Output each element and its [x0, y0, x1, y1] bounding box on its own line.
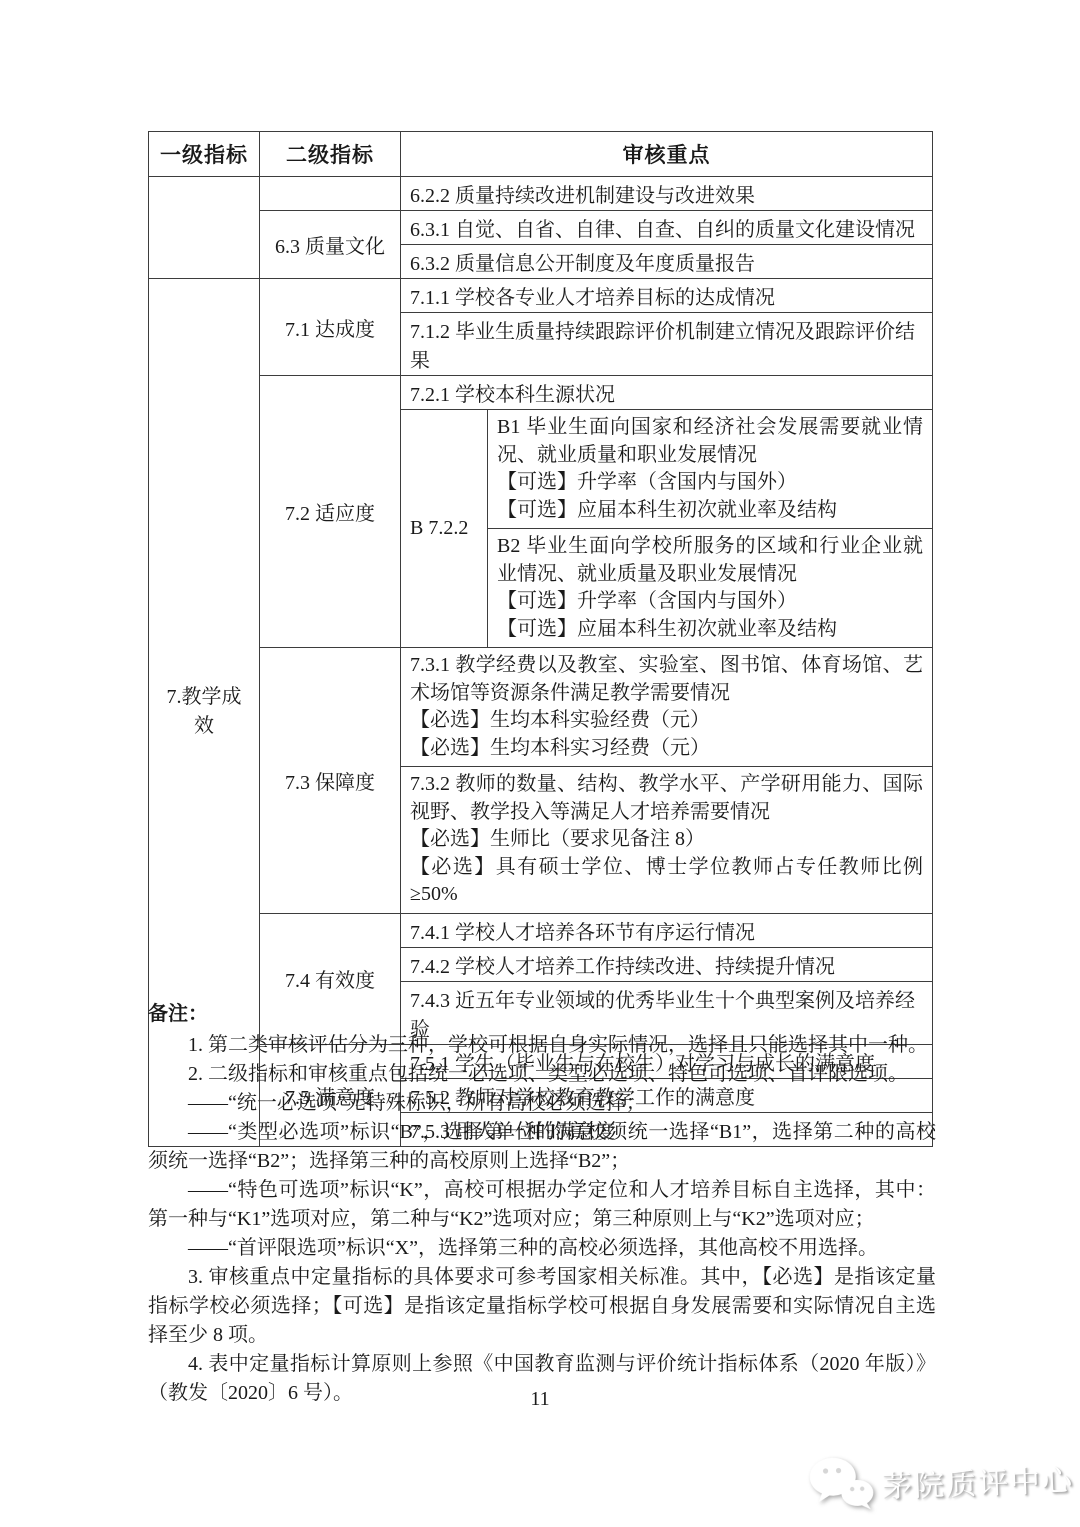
header-level2-indicator: 二级指标	[260, 132, 401, 177]
header-level1-indicator: 一级指标	[149, 132, 260, 177]
remark-item-1: 1. 第二类审核评估分为三种，学校可根据自身实际情况，选择且只能选择其中一种。	[148, 1031, 936, 1060]
cell-7-3-1: 7.3.1 教学经费以及教室、实验室、图书馆、体育场馆、艺术场馆等资源条件满足教…	[401, 648, 933, 767]
header-review-focus: 审核重点	[401, 132, 933, 177]
table-row: 7.教学成效 7.1 达成度 7.1.1 学校各专业人才培养目标的达成情况	[149, 279, 933, 313]
cell-7-2-1: 7.2.1 学校本科生源状况	[401, 376, 933, 410]
watermark-text: 茅院质评中心	[881, 1455, 1074, 1506]
cell-7-1: 7.1 达成度	[260, 279, 401, 376]
page-number: 11	[0, 1388, 1080, 1411]
indicator-table-container: 一级指标 二级指标 审核重点 6.2.2 质量持续改进机制建设与改进效果 6.3…	[148, 131, 933, 1147]
wechat-chat-bubbles-icon	[807, 1452, 877, 1517]
cell-7-3-2: 7.3.2 教师的数量、结构、教学水平、产学研用能力、国际视野、教学投入等满足人…	[401, 767, 933, 914]
level1-label: 7.教学成效	[158, 683, 250, 741]
cell-7-2: 7.2 适应度	[260, 376, 401, 648]
remark-item-2b: ——“类型必选项”标识“B”，选择第一种的高校须统一选择“B1”，选择第二种的高…	[148, 1118, 936, 1176]
watermark: 茅院质评中心	[807, 1445, 1075, 1517]
table-row: 7.2 适应度 7.2.1 学校本科生源状况	[149, 376, 933, 410]
cell-b1: B1 毕业生面向国家和经济社会发展需要就业情况、就业质量和职业发展情况 【可选】…	[488, 410, 933, 529]
table-row: 7.4 有效度 7.4.1 学校人才培养各环节有序运行情况	[149, 913, 933, 947]
cell-7-3: 7.3 保障度	[260, 648, 401, 914]
table-row: 6.3 质量文化 6.3.1 自觉、自省、自律、自查、自纠的质量文化建设情况	[149, 211, 933, 245]
table-header-row: 一级指标 二级指标 审核重点	[149, 132, 933, 177]
table-row: 6.2.2 质量持续改进机制建设与改进效果	[149, 177, 933, 211]
remark-item-2: 2. 二级指标和审核重点包括统一必选项、类型必选项、特色可选项、首评限选项。	[148, 1060, 936, 1089]
cell-6-3-2: 6.3.2 质量信息公开制度及年度质量报告	[401, 245, 933, 279]
cell-b2: B2 毕业生面向学校所服务的区域和行业企业就业情况、就业质量及职业发展情况 【可…	[488, 529, 933, 648]
indicator-table: 一级指标 二级指标 审核重点 6.2.2 质量持续改进机制建设与改进效果 6.3…	[148, 131, 933, 1147]
remarks-section: 备注： 1. 第二类审核评估分为三种，学校可根据自身实际情况，选择且只能选择其中…	[148, 1000, 936, 1408]
cell-6-2-2: 6.2.2 质量持续改进机制建设与改进效果	[401, 177, 933, 211]
cell-7-1-1: 7.1.1 学校各专业人才培养目标的达成情况	[401, 279, 933, 313]
remark-item-3: 3. 审核重点中定量指标的具体要求可参考国家相关标准。其中，【必选】是指该定量指…	[148, 1263, 936, 1350]
table-row: 7.3 保障度 7.3.1 教学经费以及教室、实验室、图书馆、体育场馆、艺术场馆…	[149, 648, 933, 767]
cell-7-4-1: 7.4.1 学校人才培养各环节有序运行情况	[401, 913, 933, 947]
remark-item-2d: ——“首评限选项”标识“X”，选择第三种的高校必须选择，其他高校不用选择。	[148, 1234, 936, 1263]
cell-6-3-1: 6.3.1 自觉、自省、自律、自查、自纠的质量文化建设情况	[401, 211, 933, 245]
cell-level1-empty	[149, 177, 260, 279]
cell-7-4-2: 7.4.2 学校人才培养工作持续改进、持续提升情况	[401, 947, 933, 981]
cell-b-7-2-2: B 7.2.2	[401, 410, 488, 648]
document-page: 一级指标 二级指标 审核重点 6.2.2 质量持续改进机制建设与改进效果 6.3…	[0, 0, 1080, 1527]
remark-item-2c: ——“特色可选项”标识“K”，高校可根据办学定位和人才培养目标自主选择，其中：第…	[148, 1176, 936, 1234]
cell-6-3: 6.3 质量文化	[260, 211, 401, 279]
cell-level2-empty	[260, 177, 401, 211]
remarks-title: 备注：	[148, 1000, 936, 1029]
cell-7-1-2: 7.1.2 毕业生质量持续跟踪评价机制建立情况及跟踪评价结果	[401, 313, 933, 376]
remark-item-2a: ——“统一必选项”无特殊标识，所有高校必须选择；	[148, 1089, 936, 1118]
